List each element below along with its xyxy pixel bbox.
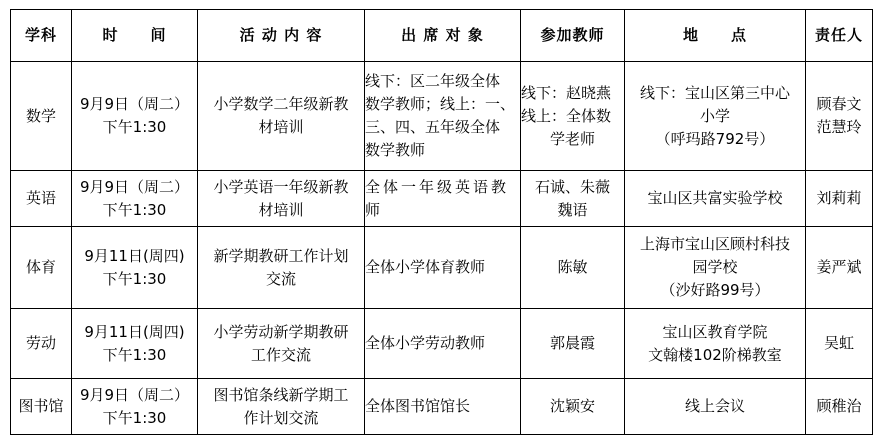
cell-subject: 劳动	[11, 309, 72, 379]
cell-owner: 姜严斌	[806, 227, 873, 309]
header-row: 学科 时 间 活 动 内 容 出 席 对 象 参加教师 地 点 责任人	[11, 10, 873, 62]
cell-location: 宝山区教育学院文翰楼102阶梯教室	[625, 309, 806, 379]
cell-activity: 小学数学二年级新教材培训	[198, 62, 365, 171]
cell-attendees: 全体一年级英语教师	[365, 171, 521, 227]
schedule-table: 学科 时 间 活 动 内 容 出 席 对 象 参加教师 地 点 责任人 数学 9…	[10, 9, 873, 435]
header-activity: 活 动 内 容	[198, 10, 365, 62]
header-owner: 责任人	[806, 10, 873, 62]
header-time: 时 间	[72, 10, 198, 62]
cell-time: 9月11日(周四)下午1:30	[72, 309, 198, 379]
cell-location: 上海市宝山区顾村科技园学校（沙好路99号）	[625, 227, 806, 309]
header-subject: 学科	[11, 10, 72, 62]
cell-attendees: 全体图书馆馆长	[365, 379, 521, 435]
cell-location: 线上会议	[625, 379, 806, 435]
cell-location: 宝山区共富实验学校	[625, 171, 806, 227]
cell-teachers: 陈敏	[521, 227, 625, 309]
cell-attendees: 全体小学体育教师	[365, 227, 521, 309]
cell-owner: 顾稚治	[806, 379, 873, 435]
cell-activity: 新学期教研工作计划交流	[198, 227, 365, 309]
cell-activity: 小学英语一年级新教材培训	[198, 171, 365, 227]
header-location: 地 点	[625, 10, 806, 62]
cell-time: 9月9日（周二）下午1:30	[72, 171, 198, 227]
cell-subject: 英语	[11, 171, 72, 227]
cell-time: 9月11日(周四)下午1:30	[72, 227, 198, 309]
cell-teachers: 郭晨霞	[521, 309, 625, 379]
header-attendees: 出 席 对 象	[365, 10, 521, 62]
cell-time: 9月9日（周二）下午1:30	[72, 62, 198, 171]
cell-owner: 顾春文范慧玲	[806, 62, 873, 171]
table-row: 英语 9月9日（周二）下午1:30 小学英语一年级新教材培训 全体一年级英语教师…	[11, 171, 873, 227]
cell-attendees: 线下：区二年级全体数学教师；线上：一、三、四、五年级全体数学教师	[365, 62, 521, 171]
cell-time: 9月9日（周二）下午1:30	[72, 379, 198, 435]
table-row: 劳动 9月11日(周四)下午1:30 小学劳动新学期教研工作交流 全体小学劳动教…	[11, 309, 873, 379]
cell-owner: 刘莉莉	[806, 171, 873, 227]
header-teachers: 参加教师	[521, 10, 625, 62]
cell-teachers: 石诚、朱薇魏语	[521, 171, 625, 227]
table-row: 图书馆 9月9日（周二）下午1:30 图书馆条线新学期工作计划交流 全体图书馆馆…	[11, 379, 873, 435]
cell-teachers: 线下：赵晓燕线上：全体数学老师	[521, 62, 625, 171]
cell-teachers: 沈颖安	[521, 379, 625, 435]
cell-attendees: 全体小学劳动教师	[365, 309, 521, 379]
table-row: 体育 9月11日(周四)下午1:30 新学期教研工作计划交流 全体小学体育教师 …	[11, 227, 873, 309]
cell-activity: 图书馆条线新学期工作计划交流	[198, 379, 365, 435]
table-row: 数学 9月9日（周二）下午1:30 小学数学二年级新教材培训 线下：区二年级全体…	[11, 62, 873, 171]
cell-subject: 体育	[11, 227, 72, 309]
cell-subject: 数学	[11, 62, 72, 171]
cell-owner: 吴虹	[806, 309, 873, 379]
cell-location: 线下：宝山区第三中心小学（呼玛路792号）	[625, 62, 806, 171]
cell-subject: 图书馆	[11, 379, 72, 435]
cell-activity: 小学劳动新学期教研工作交流	[198, 309, 365, 379]
